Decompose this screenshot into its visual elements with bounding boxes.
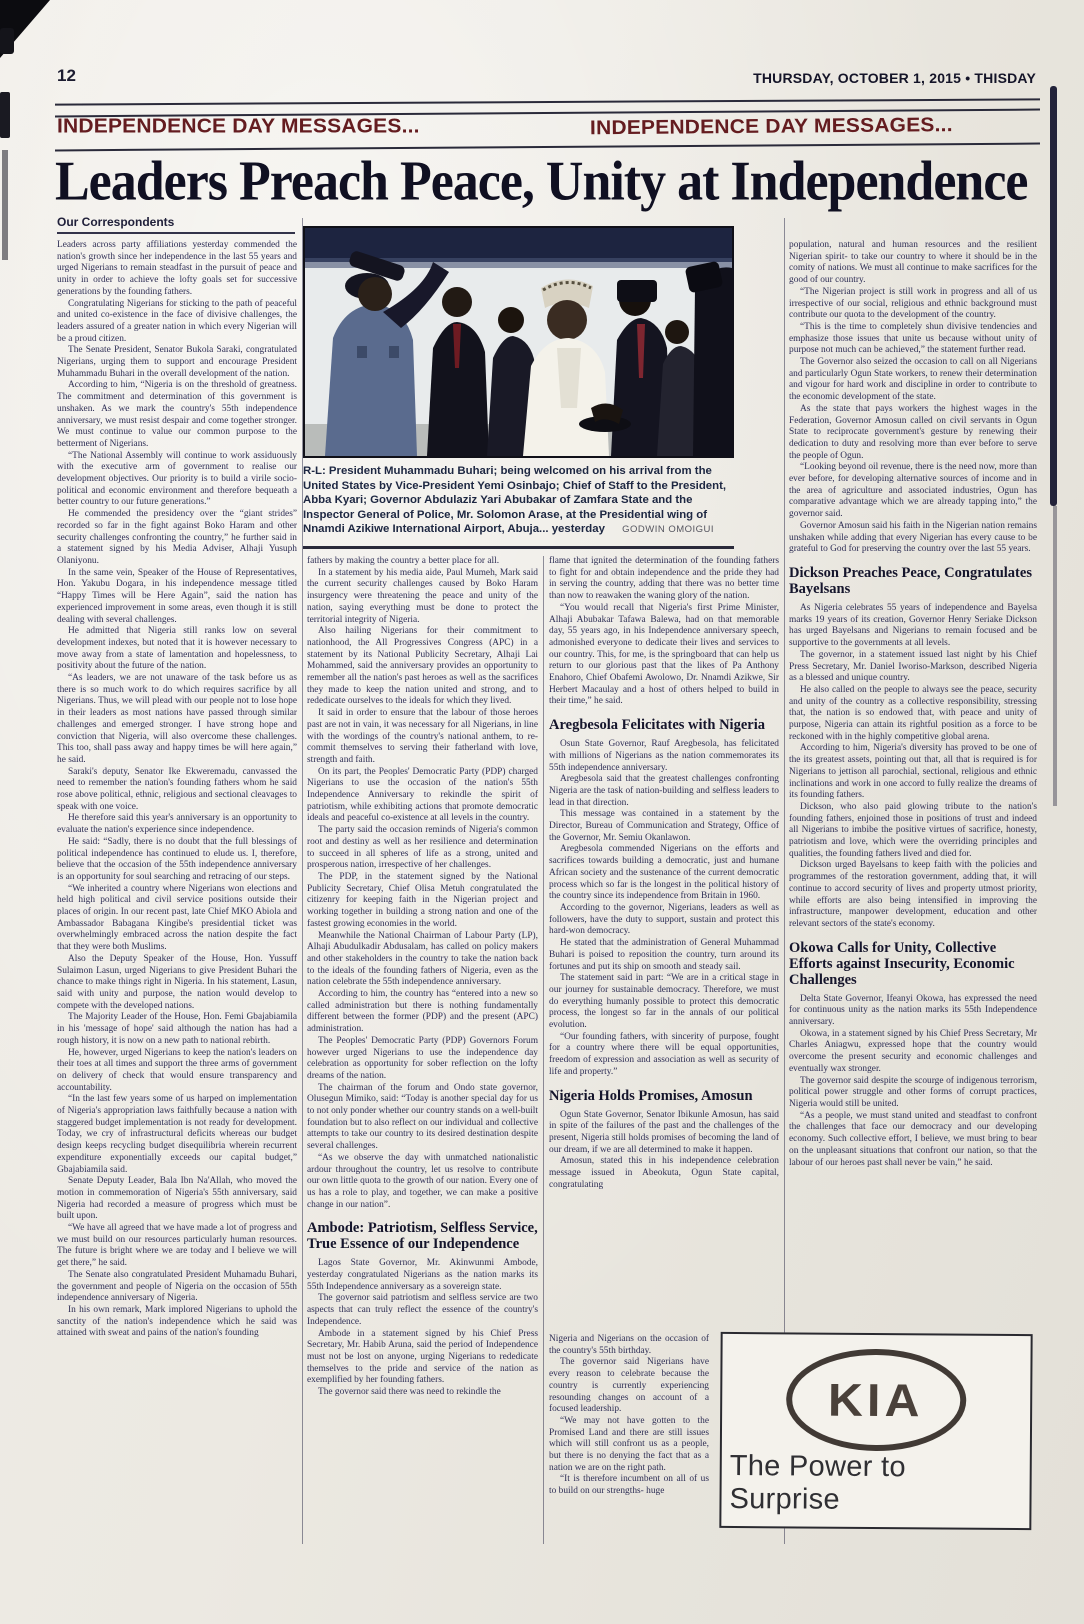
scan-artifact [2, 150, 8, 260]
header-rule [55, 98, 1040, 105]
article-paragraph: Congratulating Nigerians for sticking to… [57, 299, 297, 346]
article-paragraph: “This is the time to completely shun div… [789, 322, 1037, 357]
article-paragraph: He, however, urged Nigerians to keep the… [57, 1048, 297, 1095]
article-paragraph: “We may not have gotten to the Promised … [549, 1416, 709, 1475]
article-paragraph: Dickson, who also paid glowing tribute t… [789, 802, 1037, 861]
article-paragraph: The Governor also seized the occasion to… [789, 357, 1037, 404]
byline: Our Correspondents [57, 215, 295, 234]
article-paragraph: He stated that the administration of Gen… [549, 938, 779, 973]
article-paragraph: “As leaders, we are not unaware of the t… [57, 673, 297, 767]
article-paragraph: In a statement by his media aide, Paul M… [307, 568, 538, 627]
article-paragraph: The Peoples' Democratic Party (PDP) Gove… [307, 1036, 538, 1083]
article-paragraph: As the state that pays workers the highe… [789, 404, 1037, 463]
photo-caption: R-L: President Muhammadu Buhari; being w… [303, 464, 734, 538]
article-paragraph: “In the last few years some of us harped… [57, 1094, 297, 1176]
article-paragraph: “We inherited a country where Nigerians … [57, 884, 297, 954]
article-paragraph: “The National Assembly will continue to … [57, 451, 297, 510]
article-paragraph: According to him, “Nigeria is on the thr… [57, 380, 297, 450]
page-number: 12 [57, 66, 76, 86]
article-paragraph: “We have all agreed that we have made a … [57, 1223, 297, 1270]
article-paragraph: The statement said in part: “We are in a… [549, 973, 779, 1032]
article-paragraph: On its part, the Peoples' Democratic Par… [307, 767, 538, 826]
article-paragraph: Lagos State Governor, Mr. Akinwunmi Ambo… [307, 1258, 538, 1293]
article-paragraph: The governor said there was need to reki… [307, 1387, 538, 1399]
article-paragraph: Senate Deputy Leader, Bala Ibn Na'Allah,… [57, 1176, 297, 1223]
article-paragraph: According to him, Nigeria's diversity ha… [789, 743, 1037, 802]
article-paragraph: As Nigeria celebrates 55 years of indepe… [789, 603, 1037, 650]
scan-artifact-right-edge [1050, 86, 1057, 506]
article-paragraph: The PDP, in the statement signed by the … [307, 872, 538, 931]
article-paragraph: In the same vein, Speaker of the House o… [57, 568, 297, 627]
article-paragraph: “Our founding fathers, with sincerity of… [549, 1032, 779, 1079]
article-paragraph: It said in order to ensure that the labo… [307, 708, 538, 767]
article-paragraph: The Senate also congratulated President … [57, 1270, 297, 1305]
article-paragraph: The governor said patriotism and selfles… [307, 1293, 538, 1328]
article-paragraph: flame that ignited the determination of … [549, 556, 779, 603]
article-paragraph: Leaders across party affiliations yester… [57, 240, 297, 299]
article-paragraph: Osun State Governor, Rauf Aregbesola, ha… [549, 739, 779, 774]
article-paragraph: The Senate President, Senator Bukola Sar… [57, 345, 297, 380]
article-column-3-narrow: Nigeria and Nigerians on the occasion of… [549, 1334, 709, 1544]
article-paragraph: The party said the occasion reminds of N… [307, 825, 538, 872]
article-paragraph: Ambode in a statement signed by his Chie… [307, 1329, 538, 1388]
section-banner-right: INDEPENDENCE DAY MESSAGES... [590, 114, 953, 140]
article-subhead: Dickson Preaches Peace, Congratulates Ba… [789, 565, 1037, 597]
article-subhead: Nigeria Holds Promises, Amosun [549, 1088, 779, 1104]
scan-artifact [0, 28, 14, 54]
article-paragraph: According to him, the country has “enter… [307, 989, 538, 1036]
article-paragraph: Ogun State Governor, Senator Ibikunle Am… [549, 1110, 779, 1157]
article-subhead: Okowa Calls for Unity, Collective Effort… [789, 940, 1037, 988]
article-column-3: flame that ignited the determination of … [549, 556, 779, 1332]
article-paragraph: Nigeria and Nigerians on the occasion of… [549, 1334, 709, 1357]
article-paragraph: The Majority Leader of the House, Hon. F… [57, 1012, 297, 1047]
main-headline: Leaders Preach Peace, Unity at Independe… [55, 150, 1020, 213]
article-subhead: Ambode: Patriotism, Selfless Service, Tr… [307, 1220, 538, 1252]
news-photo-illustration [305, 228, 732, 456]
article-paragraph: According to the governor, Nigerians, le… [549, 903, 779, 938]
article-column-4: population, natural and human resources … [789, 240, 1037, 1328]
article-paragraph: The governor, in a statement issued last… [789, 650, 1037, 685]
kia-logo: KIA [786, 1348, 967, 1451]
article-paragraph: “As we observe the day with unmatched na… [307, 1153, 538, 1212]
article-paragraph: Aregbesola said that the greatest challe… [549, 774, 779, 809]
article-paragraph: “The Nigerian project is still work in p… [789, 287, 1037, 322]
section-banner-left: INDEPENDENCE DAY MESSAGES... [57, 116, 420, 139]
article-paragraph: This message was contained in a statemen… [549, 809, 779, 844]
article-paragraph: He admitted that Nigeria still ranks low… [57, 626, 297, 673]
newspaper-page: 12 THURSDAY, OCTOBER 1, 2015 • THISDAY I… [0, 0, 1084, 1624]
kia-advertisement: KIA The Power to Surprise [719, 1332, 1032, 1530]
article-paragraph: “As a people, we must stand united and s… [789, 1111, 1037, 1170]
article-paragraph: He also called on the people to always s… [789, 685, 1037, 744]
article-paragraph: Meanwhile the National Chairman of Labou… [307, 931, 538, 990]
article-paragraph: population, natural and human resources … [789, 240, 1037, 287]
kia-logo-text: KIA [828, 1373, 924, 1428]
article-paragraph: In his own remark, Mark implored Nigeria… [57, 1305, 297, 1340]
article-column-1: Leaders across party affiliations yester… [57, 240, 297, 1542]
article-paragraph: Saraki's deputy, Senator Ike Ekweremadu,… [57, 767, 297, 814]
news-photo [303, 226, 734, 458]
article-paragraph: Also hailing Nigerians for their commitm… [307, 626, 538, 708]
article-paragraph: He commended the presidency over the “gi… [57, 509, 297, 568]
article-paragraph: Dickson urged Bayelsans to keep faith wi… [789, 860, 1037, 930]
photo-credit: GODWIN OMOIGUI [608, 524, 714, 535]
caption-rule [303, 546, 734, 549]
kia-tagline: The Power to Surprise [729, 1450, 1021, 1518]
article-paragraph: He therefore said this year's anniversar… [57, 813, 297, 836]
article-paragraph: The chairman of the forum and Ondo state… [307, 1083, 538, 1153]
article-paragraph: Delta State Governor, Ifeanyi Okowa, has… [789, 994, 1037, 1029]
article-paragraph: He said: “Sadly, there is no doubt that … [57, 837, 297, 884]
article-paragraph: Amosun, stated this in his independence … [549, 1156, 779, 1191]
column-divider [543, 556, 544, 1544]
article-paragraph: The governor said Nigerians have every r… [549, 1357, 709, 1416]
article-paragraph: “Looking beyond oil revenue, there is th… [789, 462, 1037, 521]
scan-artifact [0, 92, 10, 138]
scan-artifact-right-edge [1053, 506, 1057, 806]
article-column-2: fathers by making the country a better p… [307, 556, 538, 1544]
article-paragraph: “It is therefore incumbent on all of us … [549, 1474, 709, 1497]
article-paragraph: The governor said despite the scourge of… [789, 1076, 1037, 1111]
article-paragraph: “You would recall that Nigeria's first P… [549, 603, 779, 708]
article-paragraph: fathers by making the country a better p… [307, 556, 538, 568]
article-paragraph: Also the Deputy Speaker of the House, Ho… [57, 954, 297, 1013]
article-paragraph: Governor Amosun said his faith in the Ni… [789, 521, 1037, 556]
article-paragraph: Okowa, in a statement signed by his Chie… [789, 1029, 1037, 1076]
date-masthead: THURSDAY, OCTOBER 1, 2015 • THISDAY [753, 70, 1036, 86]
article-paragraph: Aregbesola commended Nigerians on the ef… [549, 844, 779, 903]
article-subhead: Aregbesola Felicitates with Nigeria [549, 717, 779, 733]
